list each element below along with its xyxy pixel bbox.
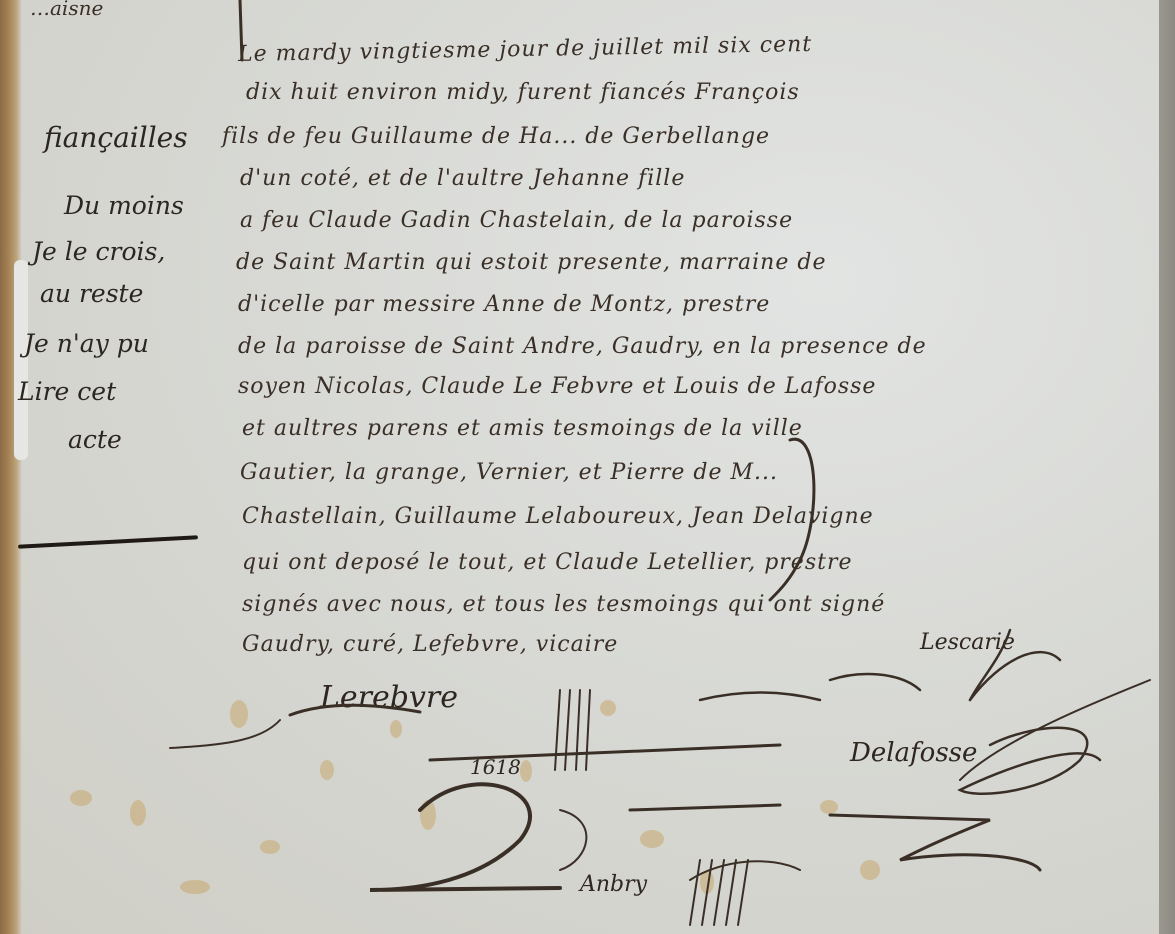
- body-line-1: Le mardy vingtiesme jour de juillet mil …: [238, 32, 813, 67]
- binding-gutter: [1159, 0, 1175, 934]
- margin-annotation: fiançailles Du moins Je le crois, au res…: [10, 118, 210, 460]
- body-line-5: a feu Claude Gadin Chastelain, de la par…: [240, 208, 793, 233]
- manuscript-page: …aisne fiançailles Du moins Je le crois,…: [0, 0, 1175, 934]
- margin-line-fiancailles: fiançailles: [44, 118, 210, 158]
- margin-line: Du moins: [64, 186, 210, 226]
- margin-line: au reste: [40, 274, 210, 314]
- margin-underline: [18, 535, 198, 548]
- body-line-6: de Saint Martin qui estoit presente, mar…: [236, 250, 826, 275]
- margin-line: acte: [68, 420, 210, 460]
- signature-date: 1618: [470, 755, 521, 779]
- body-line-12: Chastellain, Guillaume Lelaboureux, Jean…: [242, 504, 874, 529]
- body-line-8: de la paroisse de Saint Andre, Gaudry, e…: [238, 334, 927, 359]
- margin-line: Lire cet: [18, 372, 210, 412]
- margin-line: Je le crois,: [32, 232, 210, 272]
- body-line-2: dix huit environ midy, furent fiancés Fr…: [246, 80, 800, 105]
- body-line-15: Gaudry, curé, Lefebvre, vicaire: [242, 632, 618, 657]
- body-line-11: Gautier, la grange, Vernier, et Pierre d…: [240, 460, 778, 485]
- body-line-7: d'icelle par messire Anne de Montz, pres…: [238, 292, 770, 317]
- body-line-3: fils de feu Guillaume de Ha... de Gerbel…: [222, 124, 770, 149]
- previous-entry-fragment: …aisne: [30, 0, 103, 20]
- body-line-14: signés avec nous, et tous les tesmoings …: [242, 592, 885, 617]
- body-line-10: et aultres parens et amis tesmoings de l…: [242, 416, 803, 441]
- body-line-9: soyen Nicolas, Claude Le Febvre et Louis…: [238, 374, 876, 399]
- body-line-13: qui ont deposé le tout, et Claude Letell…: [242, 550, 853, 575]
- body-line-4: d'un coté, et de l'aultre Jehanne fille: [240, 166, 685, 191]
- signature-3: Anbry: [580, 872, 647, 897]
- signature-4: Lescarie: [920, 630, 1015, 655]
- signature-1: Lerebvre: [320, 680, 458, 715]
- margin-line: Je n'ay pu: [24, 324, 210, 364]
- signature-2: Delafosse: [850, 738, 977, 768]
